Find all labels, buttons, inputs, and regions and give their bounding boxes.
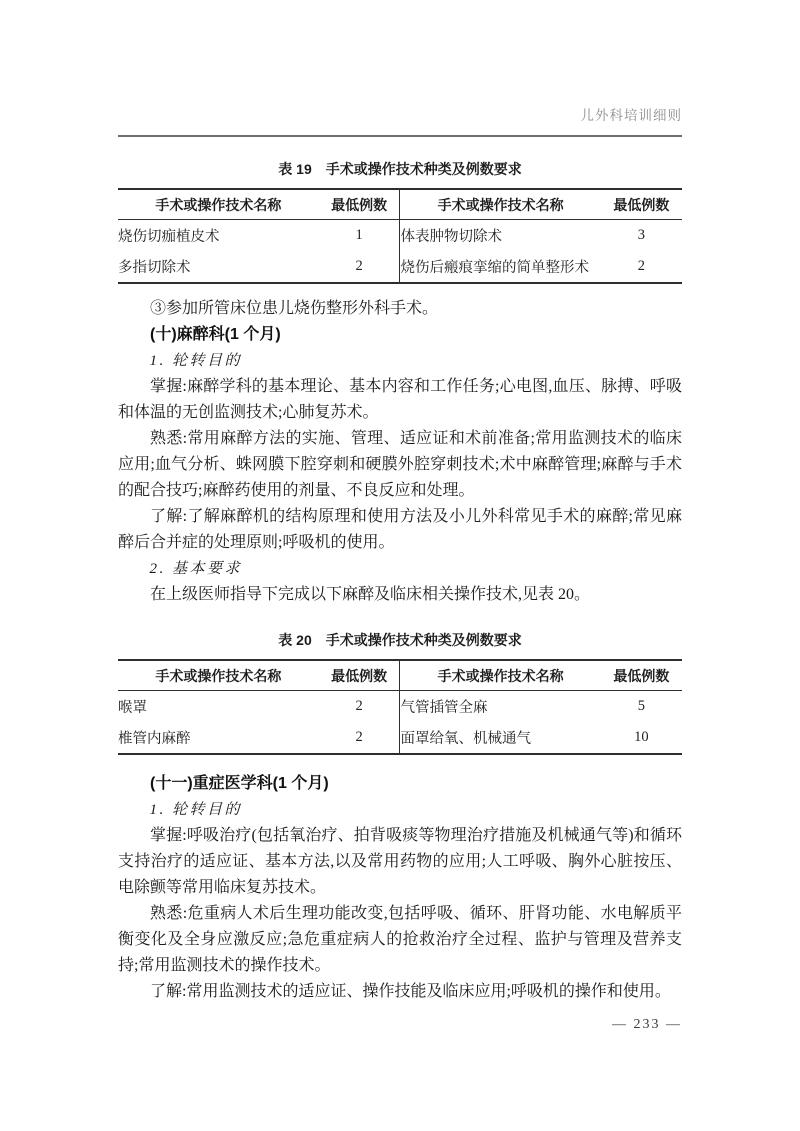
table-cell: 2	[319, 251, 400, 283]
table-row: 喉罩 2 气管插管全麻 5	[118, 691, 682, 723]
table-cell: 2	[319, 691, 400, 723]
table-cell: 面罩给氧、机械通气	[400, 722, 601, 754]
page-number: — 233 —	[118, 1017, 682, 1033]
table-row: 多指切除术 2 烧伤后瘢痕挛缩的简单整形术 2	[118, 251, 682, 283]
table-cell: 多指切除术	[118, 251, 319, 283]
table20-header-name-left: 手术或操作技术名称	[118, 660, 319, 691]
table19-header-row: 手术或操作技术名称 最低例数 手术或操作技术名称 最低例数	[118, 189, 682, 220]
running-header: 儿外科培训细则	[118, 106, 682, 137]
paragraph-understand-2: 了解:常用监测技术的适应证、操作技能及临床应用;呼吸机的操作和使用。	[118, 979, 682, 1005]
table20-header-count-right: 最低例数	[601, 660, 682, 691]
table19-header-name-right: 手术或操作技术名称	[400, 189, 601, 220]
table19: 手术或操作技术名称 最低例数 手术或操作技术名称 最低例数 烧伤切痂植皮术 1 …	[118, 188, 682, 284]
paragraph-requirements-intro: 在上级医师指导下完成以下麻醉及临床相关操作技术,见表 20。	[118, 582, 682, 608]
paragraph-master-2: 掌握:呼吸治疗(包括氧治疗、拍背吸痰等物理治疗措施及机械通气等)和循环支持治疗的…	[118, 823, 682, 901]
section-heading-anesthesiology: (十)麻醉科(1 个月)	[118, 322, 682, 348]
table20-header-row: 手术或操作技术名称 最低例数 手术或操作技术名称 最低例数	[118, 660, 682, 691]
table20-header-name-right: 手术或操作技术名称	[400, 660, 601, 691]
document-page: 儿外科培训细则 表 19 手术或操作技术种类及例数要求 手术或操作技术名称 最低…	[0, 0, 800, 1131]
table-cell: 喉罩	[118, 691, 319, 723]
paragraph-item3: ③参加所管床位患儿烧伤整形外科手术。	[118, 296, 682, 322]
table-cell: 体表肿物切除术	[400, 220, 601, 252]
table-cell: 5	[601, 691, 682, 723]
table-cell: 椎管内麻醉	[118, 722, 319, 754]
table-cell: 1	[319, 220, 400, 252]
section-heading-critical-care: (十一)重症医学科(1 个月)	[118, 771, 682, 797]
table20: 手术或操作技术名称 最低例数 手术或操作技术名称 最低例数 喉罩 2 气管插管全…	[118, 659, 682, 755]
subheading-rotation-goal-2: 1. 轮转目的	[118, 797, 682, 823]
paragraph-master: 掌握:麻醉学科的基本理论、基本内容和工作任务;心电图,血压、脉搏、呼吸和体温的无…	[118, 374, 682, 426]
table-cell: 2	[601, 251, 682, 283]
table-cell: 10	[601, 722, 682, 754]
table-cell: 气管插管全麻	[400, 691, 601, 723]
table19-header-count-left: 最低例数	[319, 189, 400, 220]
table19-header-name-left: 手术或操作技术名称	[118, 189, 319, 220]
table-cell: 3	[601, 220, 682, 252]
table20-header-count-left: 最低例数	[319, 660, 400, 691]
running-header-text: 儿外科培训细则	[581, 108, 683, 123]
paragraph-understand: 了解:了解麻醉机的结构原理和使用方法及小儿外科常见手术的麻醉;常见麻醉后合并症的…	[118, 504, 682, 556]
table20-caption: 表 20 手术或操作技术种类及例数要求	[118, 630, 682, 650]
table-cell: 烧伤切痂植皮术	[118, 220, 319, 252]
table19-header-count-right: 最低例数	[601, 189, 682, 220]
paragraph-familiar: 熟悉:常用麻醉方法的实施、管理、适应证和术前准备;常用监测技术的临床应用;血气分…	[118, 426, 682, 504]
table-row: 椎管内麻醉 2 面罩给氧、机械通气 10	[118, 722, 682, 754]
table-row: 烧伤切痂植皮术 1 体表肿物切除术 3	[118, 220, 682, 252]
subheading-basic-requirements: 2. 基本要求	[118, 556, 682, 582]
paragraph-familiar-2: 熟悉:危重病人术后生理功能改变,包括呼吸、循环、肝肾功能、水电解质平衡变化及全身…	[118, 901, 682, 979]
table19-caption: 表 19 手术或操作技术种类及例数要求	[118, 159, 682, 179]
table-cell: 2	[319, 722, 400, 754]
subheading-rotation-goal: 1. 轮转目的	[118, 348, 682, 374]
table-cell: 烧伤后瘢痕挛缩的简单整形术	[400, 251, 601, 283]
